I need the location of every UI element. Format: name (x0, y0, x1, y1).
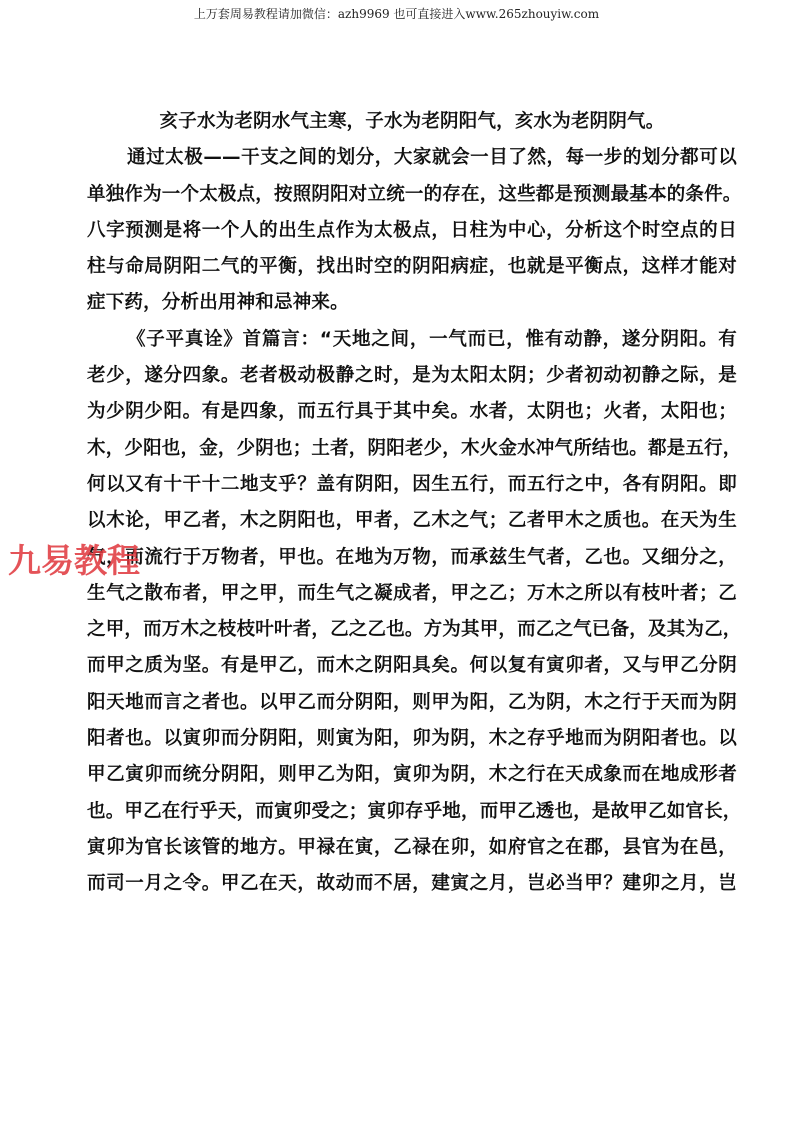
paragraph-2-line-7: 气，而流行于万物者，甲也。在地为万物，而承兹生气者，乙也。又细分之， (87, 540, 737, 576)
paragraph-2-line-8: 生气之散布者，甲之甲，而生气之凝成者，甲之乙；万木之所以有枝叶者；乙 (87, 576, 737, 612)
paragraph-2-line-2: 老少，遂分四象。老者极动极静之时，是为太阳太阴；少者初动初静之际，是 (87, 358, 737, 394)
paragraph-2-line-1: 《子平真诠》首篇言：“天地之间，一气而已，惟有动静，遂分阴阳。有 (87, 322, 737, 358)
paragraph-1-line-1: 通过太极——干支之间的划分，大家就会一目了然，每一步的划分都可以 (87, 140, 737, 176)
paragraph-2-line-6: 以木论，甲乙者，木之阴阳也，甲者，乙木之气；乙者甲木之质也。在天为生 (87, 503, 737, 539)
document-body: 亥子水为老阴水气主寒，子水为老阴阳气，亥水为老阴阴气。 通过太极——干支之间的划… (87, 104, 737, 903)
page-header-banner: 上万套周易教程请加微信：azh9969 也可直接进入www.265zhouyiw… (0, 5, 793, 22)
watermark-logo: 九易教程 (8, 541, 140, 581)
paragraph-2-line-14: 也。甲乙在行乎天，而寅卯受之；寅卯存乎地，而甲乙透也，是故甲乙如官长， (87, 794, 737, 830)
paragraph-1-line-3: 八字预测是将一个人的出生点作为太极点，日柱为中心，分析这个时空点的日 (87, 213, 737, 249)
paragraph-2-line-11: 阳天地而言之者也。以甲乙而分阴阳，则甲为阳，乙为阴，木之行于天而为阴 (87, 685, 737, 721)
paragraph-2-line-5: 何以又有十干十二地支乎？盖有阴阳，因生五行，而五行之中，各有阴阳。即 (87, 467, 737, 503)
paragraph-2-line-13: 甲乙寅卯而统分阴阳，则甲乙为阳，寅卯为阴，木之行在天成象而在地成形者 (87, 757, 737, 793)
paragraph-1-line-4: 柱与命局阴阳二气的平衡，找出时空的阴阳病症，也就是平衡点，这样才能对 (87, 249, 737, 285)
paragraph-1-line-2: 单独作为一个太极点，按照阴阳对立统一的存在，这些都是预测最基本的条件。 (87, 177, 737, 213)
title-line: 亥子水为老阴水气主寒，子水为老阴阳气，亥水为老阴阴气。 (87, 104, 737, 140)
paragraph-2-line-12: 阳者也。以寅卯而分阴阳，则寅为阳，卯为阴，木之存乎地而为阴阳者也。以 (87, 721, 737, 757)
paragraph-2-line-3: 为少阴少阳。有是四象，而五行具于其中矣。水者，太阴也；火者，太阳也； (87, 394, 737, 430)
paragraph-2-line-16: 而司一月之令。甲乙在天，故动而不居，建寅之月，岂必当甲？建卯之月，岂 (87, 866, 737, 902)
paragraph-2-line-15: 寅卯为官长该管的地方。甲禄在寅，乙禄在卯，如府官之在郡，县官为在邑， (87, 830, 737, 866)
paragraph-2-line-4: 木，少阳也，金，少阴也；土者，阴阳老少，木火金水冲气所结也。都是五行， (87, 431, 737, 467)
paragraph-1-line-5: 症下药，分析出用神和忌神来。 (87, 285, 737, 321)
paragraph-2-line-9: 之甲，而万木之枝枝叶叶者，乙之乙也。方为其甲，而乙之气已备，及其为乙， (87, 612, 737, 648)
paragraph-2-line-10: 而甲之质为坚。有是甲乙，而木之阴阳具矣。何以复有寅卯者，又与甲乙分阴 (87, 648, 737, 684)
